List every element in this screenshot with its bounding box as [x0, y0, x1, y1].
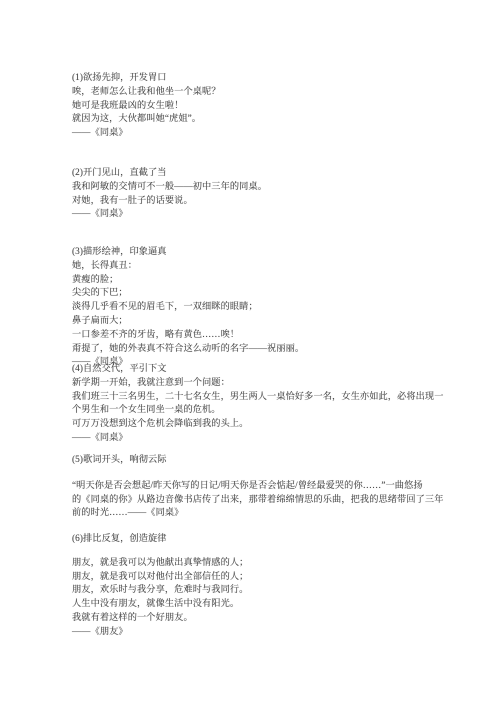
- text-line: 一口参差不齐的牙齿，略有黄色……唉！: [72, 328, 472, 342]
- text-line: 尖尖的下巴；: [72, 286, 472, 300]
- source-attribution: 前的时光……——《同桌》: [72, 506, 472, 520]
- text-line: “明天你是否会想起/昨天你写的日记/明天你是否会惦起/曾经最爱哭的你……”一曲悠…: [72, 479, 472, 493]
- text-line: 朋友，欢乐时与我分享，危难时与我同行。: [72, 583, 472, 597]
- text-line: 我就有着这样的一个好朋友。: [72, 611, 472, 625]
- text-line: 我们班三十三名男生，二十七名女生，男生两人一桌恰好多一名，女生亦如此，必将出现一: [72, 390, 472, 404]
- text-line: 个男生和一个女生同坐一桌的危机。: [72, 403, 472, 417]
- document-page: (1)欲扬先抑，开发胃口 唉，老师怎么让我和他坐一个桌呢？ 她可是我班最凶的女生…: [0, 0, 499, 706]
- text-line: 甭提了，她的外表真不符合这么动听的名字——祝丽丽。: [72, 342, 472, 356]
- text-line: 朋友，就是我可以对他付出全部信任的人；: [72, 570, 472, 584]
- text-line: 她可是我班最凶的女生啦！: [72, 99, 472, 113]
- section-technique-1: (1)欲扬先抑，开发胃口 唉，老师怎么让我和他坐一个桌呢？ 她可是我班最凶的女生…: [72, 71, 472, 140]
- technique-heading: (2)开门见山，直截了当: [72, 166, 472, 180]
- source-attribution: ——《同桌》: [72, 207, 472, 221]
- technique-heading: (4)自然交代，平引下文: [72, 362, 472, 376]
- text-line: 的《同桌的你》从路边音像书店传了出来，那带着绵绵情思的乐曲，把我的思绪带回了三年: [72, 493, 472, 507]
- source-attribution: ——《同桌》: [72, 431, 472, 445]
- text-line: 新学期一开始，我就注意到一个问题：: [72, 376, 472, 390]
- text-line: 就因为这，大伙都叫她“虎姐”。: [72, 112, 472, 126]
- technique-heading: (5)歌词开头，响彻云际: [72, 453, 472, 467]
- text-line: 她，长得真丑：: [72, 259, 472, 273]
- text-line: 朋友，就是我可以为他献出真挚情感的人；: [72, 556, 472, 570]
- technique-heading: (1)欲扬先抑，开发胃口: [72, 71, 472, 85]
- text-line: 淡得几乎看不见的眉毛下，一双细眯的眼睛；: [72, 300, 472, 314]
- section-technique-5: (5)歌词开头，响彻云际 “明天你是否会想起/昨天你写的日记/明天你是否会惦起/…: [72, 453, 472, 520]
- technique-heading: (6)排比反复，创造旋律: [72, 532, 472, 546]
- text-line: 鼻子扁而大；: [72, 314, 472, 328]
- text-line: 人生中没有朋友，就像生活中没有阳光。: [72, 597, 472, 611]
- section-technique-2: (2)开门见山，直截了当 我和阿敏的交情可不一般——初中三年的同桌。 对她，我有…: [72, 166, 472, 221]
- source-attribution: ——《朋友》: [72, 625, 472, 639]
- section-technique-4: (4)自然交代，平引下文 新学期一开始，我就注意到一个问题： 我们班三十三名男生…: [72, 362, 472, 445]
- text-line: 我和阿敏的交情可不一般——初中三年的同桌。: [72, 180, 472, 194]
- source-attribution: ——《同桌》: [72, 126, 472, 140]
- text-line: 对她，我有一肚子的话要说。: [72, 194, 472, 208]
- section-technique-6: (6)排比反复，创造旋律 朋友，就是我可以为他献出真挚情感的人； 朋友，就是我可…: [72, 532, 472, 639]
- technique-heading: (3)描形绘神，印象逼真: [72, 245, 472, 259]
- section-technique-3: (3)描形绘神，印象逼真 她，长得真丑： 黄瘦的脸； 尖尖的下巴； 淡得几乎看不…: [72, 245, 472, 369]
- text-line: 唉，老师怎么让我和他坐一个桌呢？: [72, 85, 472, 99]
- text-line: 黄瘦的脸；: [72, 273, 472, 287]
- text-line: 可万万没想到这个危机会降临到我的头上。: [72, 417, 472, 431]
